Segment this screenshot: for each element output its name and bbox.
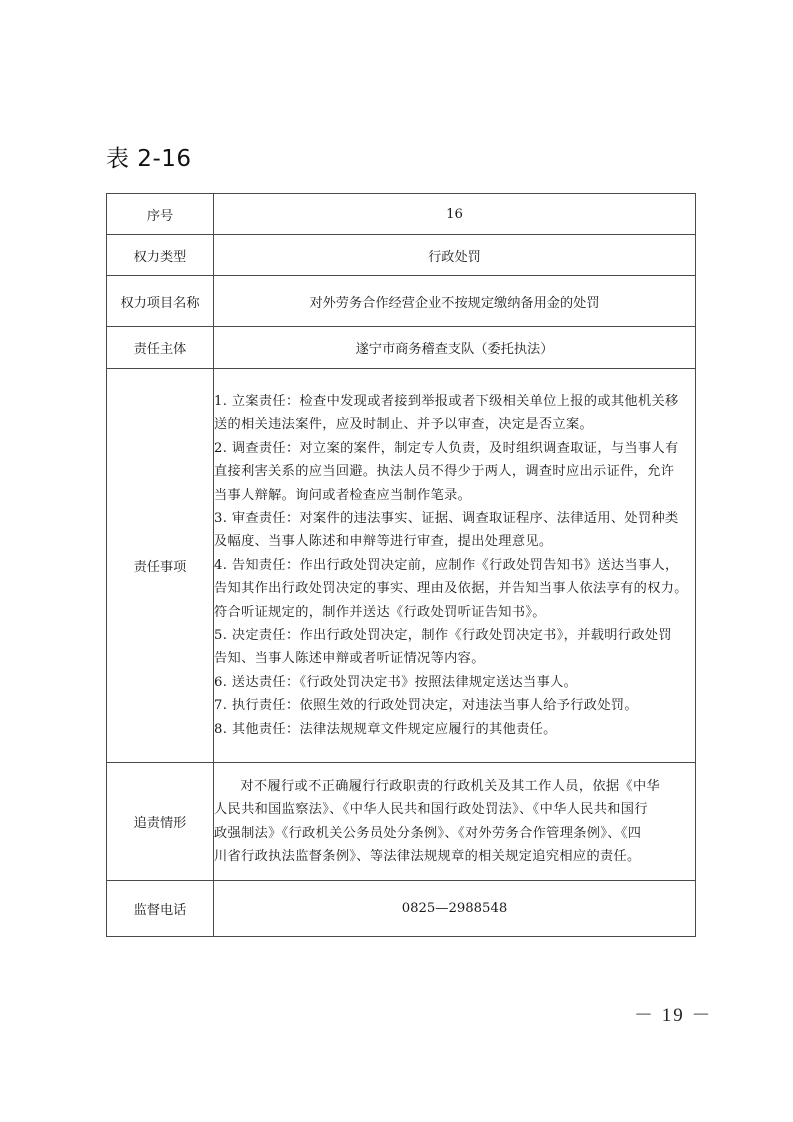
table-row-subject: 责任主体 遂宁市商务稽查支队（委托执法） xyxy=(107,327,696,369)
value-seq: 16 xyxy=(214,194,696,235)
table-row-power-type: 权力类型 行政处罚 xyxy=(107,235,696,276)
duty-line: 1. 立案责任：检查中发现或者接到举报或者下级相关单位上报的或其他机关移 xyxy=(214,390,695,413)
table-row-power-name: 权力项目名称 对外劳务合作经营企业不按规定缴纳备用金的处罚 xyxy=(107,276,696,327)
accountability-line: 对不履行或不正确履行行政职责的行政机关及其工作人员，依据《中华 xyxy=(214,775,695,798)
value-power-type: 行政处罚 xyxy=(214,235,696,276)
duty-line: 2. 调查责任：对立案的案件，制定专人负责，及时组织调查取证，与当事人有 xyxy=(214,437,695,460)
duty-line: 送的相关违法案件，应及时制止、并予以审查，决定是否立案。 xyxy=(214,413,695,436)
duty-line: 告知其作出行政处罚决定的事实、理由及依据，并告知当事人依法享有的权力。 xyxy=(214,577,695,600)
table-row-accountability: 追责情形 对不履行或不正确履行行政职责的行政机关及其工作人员，依据《中华 人民共… xyxy=(107,763,696,881)
duty-line: 7. 执行责任：依照生效的行政处罚决定，对违法当事人给予行政处罚。 xyxy=(214,694,695,717)
value-subject: 遂宁市商务稽查支队（委托执法） xyxy=(214,327,696,369)
accountability-line: 政强制法》《行政机关公务员处分条例》、《对外劳务合作管理条例》、《四 xyxy=(214,822,695,845)
value-phone: 0825—2988548 xyxy=(214,881,696,937)
duty-line: 8. 其他责任：法律法规规章文件规定应履行的其他责任。 xyxy=(214,718,695,741)
accountability-line: 川省行政执法监督条例》、等法律法规规章的相关规定追究相应的责任。 xyxy=(214,845,695,868)
label-phone: 监督电话 xyxy=(107,881,214,937)
value-power-name: 对外劳务合作经营企业不按规定缴纳备用金的处罚 xyxy=(214,276,696,327)
duty-line: 当事人辩解。询问或者检查应当制作笔录。 xyxy=(214,484,695,507)
label-seq: 序号 xyxy=(107,194,214,235)
duty-line: 6. 送达责任：《行政处罚决定书》按照法律规定送达当事人。 xyxy=(214,671,695,694)
label-accountability: 追责情形 xyxy=(107,763,214,881)
duty-line: 告知、当事人陈述申辩或者听证情况等内容。 xyxy=(214,647,695,670)
label-power-name: 权力项目名称 xyxy=(107,276,214,327)
duty-line: 符合听证规定的，制作并送达《行政处罚听证告知书》。 xyxy=(214,601,695,624)
label-subject: 责任主体 xyxy=(107,327,214,369)
table-row-duties: 责任事项 1. 立案责任：检查中发现或者接到举报或者下级相关单位上报的或其他机关… xyxy=(107,369,696,763)
page-number: － 19 － xyxy=(634,1000,713,1027)
power-responsibility-table: 序号 16 权力类型 行政处罚 权力项目名称 对外劳务合作经营企业不按规定缴纳备… xyxy=(106,193,696,937)
value-duties: 1. 立案责任：检查中发现或者接到举报或者下级相关单位上报的或其他机关移 送的相… xyxy=(214,369,696,763)
table-row-phone: 监督电话 0825—2988548 xyxy=(107,881,696,937)
accountability-line: 人民共和国监察法》、《中华人民共和国行政处罚法》、《中华人民共和国行 xyxy=(214,798,695,821)
duty-line: 及幅度、当事人陈述和申辩等进行审查，提出处理意见。 xyxy=(214,530,695,553)
duty-line: 直接利害关系的应当回避。执法人员不得少于两人，调查时应出示证件，允许 xyxy=(214,460,695,483)
duty-line: 5. 决定责任：作出行政处罚决定，制作《行政处罚决定书》，并载明行政处罚 xyxy=(214,624,695,647)
table-title: 表 2-16 xyxy=(106,140,192,173)
duty-line: 4. 告知责任：作出行政处罚决定前，应制作《行政处罚告知书》送达当事人， xyxy=(214,554,695,577)
duty-line: 3. 审查责任：对案件的违法事实、证据、调查取证程序、法律适用、处罚种类 xyxy=(214,507,695,530)
table-row-seq: 序号 16 xyxy=(107,194,696,235)
label-duties: 责任事项 xyxy=(107,369,214,763)
label-power-type: 权力类型 xyxy=(107,235,214,276)
value-accountability: 对不履行或不正确履行行政职责的行政机关及其工作人员，依据《中华 人民共和国监察法… xyxy=(214,763,696,881)
